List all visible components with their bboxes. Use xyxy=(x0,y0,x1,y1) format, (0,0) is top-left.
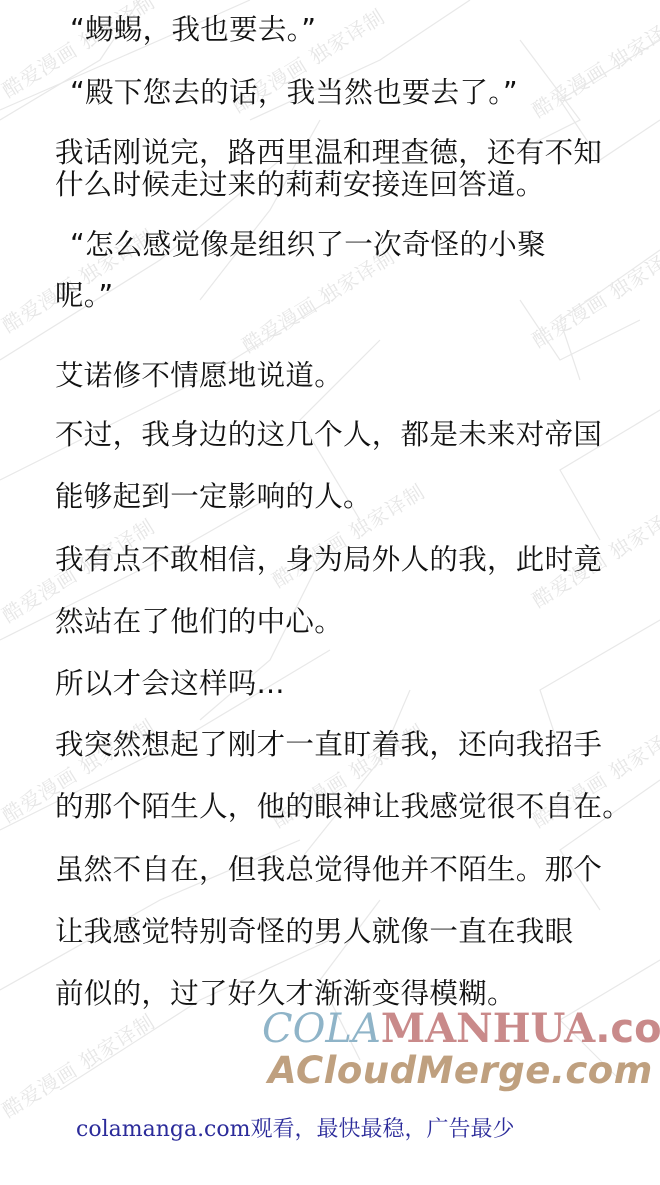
manga-text-page: 酷爱漫画 独家译制 酷爱漫画 独家译制 酷爱漫画 独家译制 酷爱漫画 独家译制 … xyxy=(0,0,660,1185)
logo-com-text: .com xyxy=(595,1006,660,1052)
narration-line: 所以才会这样吗... xyxy=(55,668,285,700)
dialogue-line: “殿下您去的话，我当然也要去了。” xyxy=(70,77,518,109)
background-watermark-text: 酷爱漫画 独家译制 xyxy=(526,6,660,124)
narration-line: 让我感觉特别奇怪的男人就像一直在我眼 xyxy=(55,916,573,948)
narration-line: 我话刚说完，路西里温和理查德，还有不知 xyxy=(55,137,602,169)
narration-line: 然站在了他们的中心。 xyxy=(55,606,343,638)
logo-cola-text: COLA xyxy=(262,1006,381,1052)
narration-line: 我突然想起了刚才一直盯着我，还向我招手 xyxy=(55,729,602,761)
narration-line: 不过，我身边的这几个人，都是未来对帝国 xyxy=(55,419,602,451)
narration-line: 能够起到一定影响的人。 xyxy=(55,481,372,513)
footer-promo-text: colamanga.com观看，最快最稳，广告最少 xyxy=(76,1115,515,1145)
narration-line: 的那个陌生人，他的眼神让我感觉很不自在。 xyxy=(55,791,631,823)
dialogue-line: 呢。” xyxy=(55,280,113,312)
narration-line: 什么时候走过来的莉莉安接连回答道。 xyxy=(55,169,545,201)
dialogue-line: “蜴蜴，我也要去。” xyxy=(70,14,316,46)
narration-line: 艾诺修不情愿地说道。 xyxy=(55,360,343,392)
dialogue-line: “怎么感觉像是组织了一次奇怪的小聚 xyxy=(70,229,546,261)
logo-manhua-text: MANHUA xyxy=(381,1005,595,1052)
background-watermark-text: 酷爱漫画 独家译制 xyxy=(0,1006,160,1124)
acloudmerge-watermark-logo: ACloudMerge.com xyxy=(268,1050,653,1092)
narration-line: 我有点不敢相信，身为局外人的我，此时竟 xyxy=(55,544,602,576)
narration-line: 虽然不自在，但我总觉得他并不陌生。那个 xyxy=(55,854,602,886)
colamanhua-watermark-logo: COLAMANHUA.com xyxy=(262,1006,660,1052)
